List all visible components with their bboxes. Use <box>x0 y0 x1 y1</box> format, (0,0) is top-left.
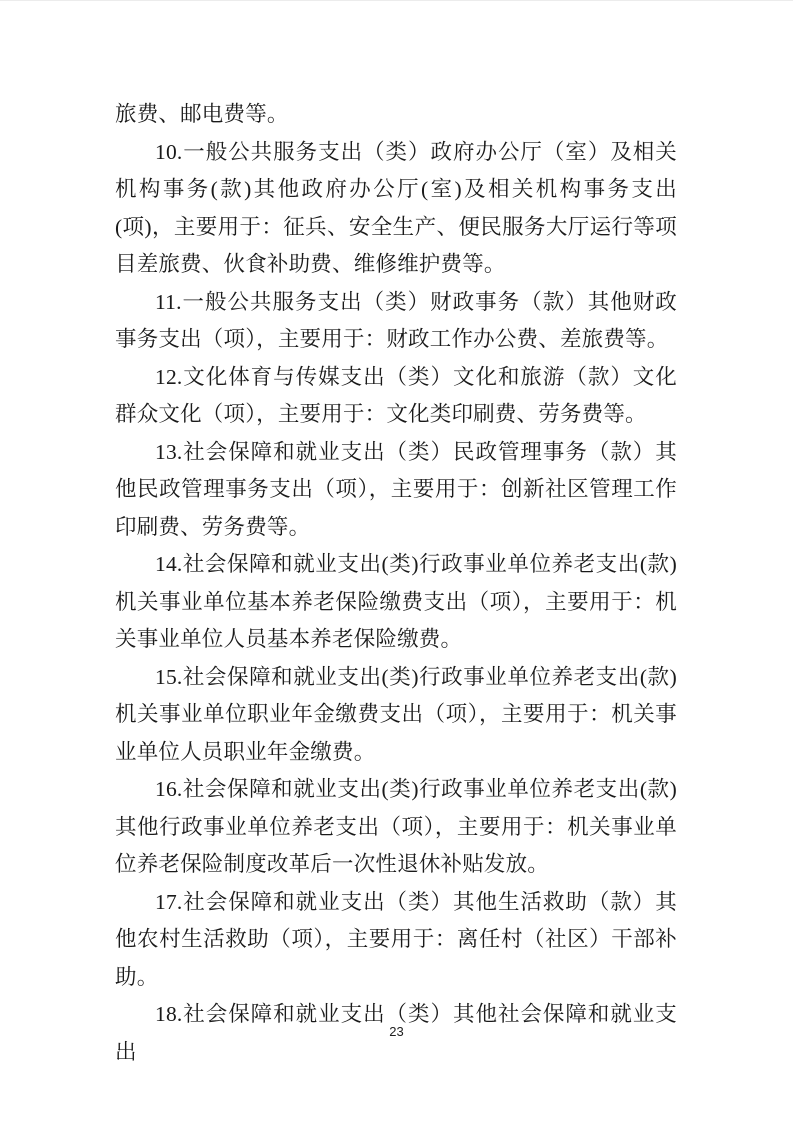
page-footer: 23 <box>0 1023 793 1041</box>
item-12: 12.文化体育与传媒支出（类）文化和旅游（款）文化群众文化（项），主要用于：文化… <box>115 359 677 434</box>
item-11: 11.一般公共服务支出（类）财政事务（款）其他财政事务支出（项），主要用于：财政… <box>115 284 677 359</box>
page-number: 23 <box>389 1024 403 1039</box>
document-body: 旅费、邮电费等。10.一般公共服务支出（类）政府办公厅（室）及相关机构事务(款)… <box>115 96 677 1071</box>
item-13: 13.社会保障和就业支出（类）民政管理事务（款）其他民政管理事务支出（项），主要… <box>115 434 677 547</box>
item-15: 15.社会保障和就业支出(类)行政事业单位养老支出(款)机关事业单位职业年金缴费… <box>115 659 677 772</box>
item-17: 17.社会保障和就业支出（类）其他生活救助（款）其他农村生活救助（项），主要用于… <box>115 884 677 997</box>
item-14: 14.社会保障和就业支出(类)行政事业单位养老支出(款)机关事业单位基本养老保险… <box>115 546 677 659</box>
item-10: 10.一般公共服务支出（类）政府办公厅（室）及相关机构事务(款)其他政府办公厅(… <box>115 134 677 284</box>
paragraph-continuation: 旅费、邮电费等。 <box>115 96 677 134</box>
document-page: 旅费、邮电费等。10.一般公共服务支出（类）政府办公厅（室）及相关机构事务(款)… <box>0 0 793 1122</box>
item-16: 16.社会保障和就业支出(类)行政事业单位养老支出(款)其他行政事业单位养老支出… <box>115 771 677 884</box>
